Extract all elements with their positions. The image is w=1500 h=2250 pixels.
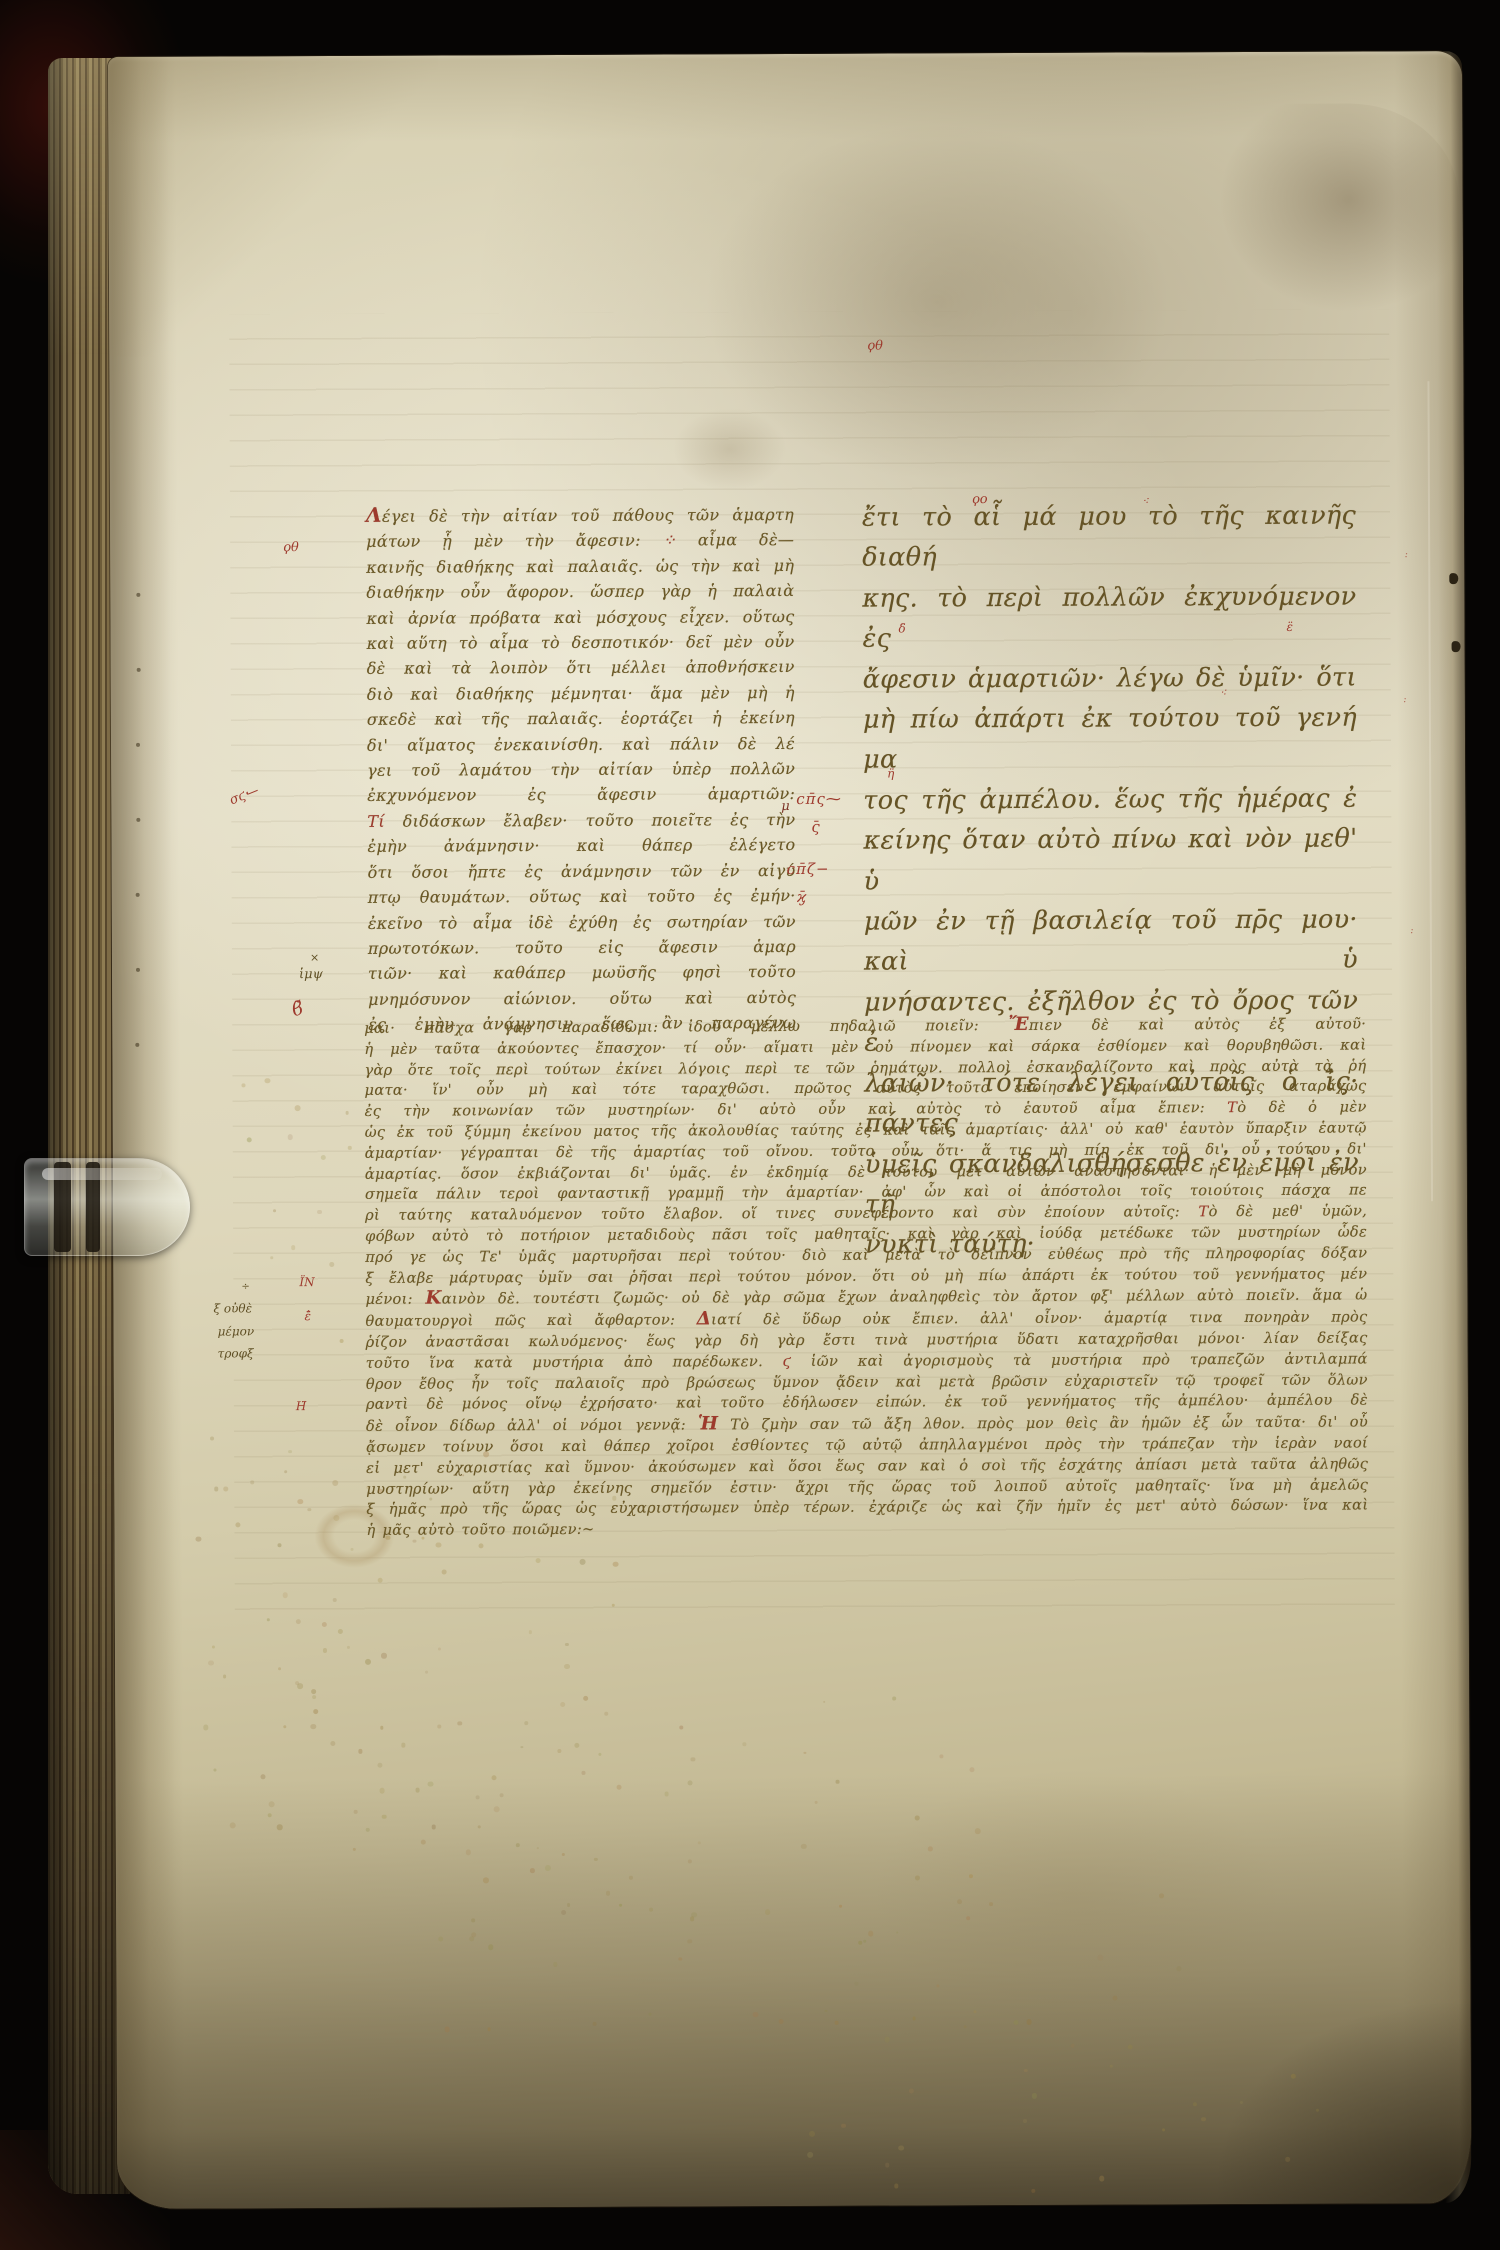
rubric-initial: Κ <box>425 1288 441 1309</box>
speckle-dot <box>909 2088 914 2093</box>
speckle-dot <box>296 1619 301 1624</box>
speckle-dot <box>964 2025 967 2028</box>
speckle-dot <box>1023 2119 1026 2122</box>
speckle-dot <box>444 2027 449 2032</box>
speckle-dot <box>283 1725 286 1728</box>
speckle-dot <box>330 1741 335 1746</box>
speckle-dot <box>358 1749 363 1754</box>
speckle-dot <box>613 1561 619 1567</box>
speckle-dot <box>1162 2129 1165 2132</box>
speckle-dot <box>338 1629 343 1634</box>
speckle-dot <box>801 1844 806 1849</box>
margin-note: × <box>310 952 319 963</box>
speckle-dot <box>619 1904 622 1907</box>
speckle-dot <box>698 1841 701 1844</box>
speckle-dot <box>268 1813 272 1817</box>
margin-note: ꞉ <box>1410 925 1414 936</box>
speckle-dot <box>214 1487 219 1492</box>
speckle-dot <box>765 1909 771 1915</box>
speckle-dot <box>208 1660 213 1665</box>
speckle-dot <box>957 1899 962 1904</box>
speckle-dot <box>1291 2074 1296 2079</box>
commentary-line: μνημόσυνον αἰώνιον. οὕτω καὶ αὐτὸς <box>368 985 796 1012</box>
speckle-dot <box>884 2037 890 2043</box>
speckle-dot <box>311 1689 316 1694</box>
speckle-dot <box>1177 1967 1181 1971</box>
speckle-dot <box>465 1849 471 1855</box>
margin-note: σϛ⹃ <box>228 784 260 807</box>
speckle-dot <box>332 1598 336 1602</box>
commentary-line: ἐκχυνόμενον ἐς ἄφεσιν ἁμαρτιῶν: <box>367 781 795 808</box>
speckle-dot <box>1026 2019 1032 2025</box>
speckle-dot <box>1113 1995 1118 2000</box>
speckle-dot <box>804 1751 807 1754</box>
commentary-line: Τί διδάσκων ἔλαβεν· τοῦτο ποιεῖτε ἐς τὴν <box>367 807 795 834</box>
speckle-dot <box>560 1702 565 1707</box>
speckle-dot <box>321 1155 326 1160</box>
speckle-dot <box>1070 2044 1074 2048</box>
commentary-line: ἐμὴν ἀνάμνησιν· καὶ θάπερ ἐλέγετο <box>367 832 795 859</box>
speckle-dot <box>214 1769 217 1772</box>
commentary-column: Λέγει δὲ τὴν αἰτίαν τοῦ πάθους τῶν ἁμαρτ… <box>366 501 796 1037</box>
speckle-dot <box>317 1210 322 1215</box>
speckle-dot <box>297 1683 303 1689</box>
speckle-dot <box>431 1825 435 1829</box>
speckle-dot <box>195 1536 201 1542</box>
speckle-dot <box>277 1543 281 1547</box>
margin-flourish: ϐ̃ <box>290 999 305 1020</box>
speckle-dot <box>688 1860 692 1864</box>
margin-note: ΪΝ <box>299 1276 314 1288</box>
speckle-dot <box>969 1874 973 1878</box>
speckle-dot <box>347 1646 350 1649</box>
speckle-dot <box>648 2012 652 2016</box>
margin-note: ϙθ <box>867 340 883 353</box>
speckle-dot <box>210 1436 214 1440</box>
speckle-dot <box>273 1209 276 1212</box>
speckle-dot <box>442 1570 447 1575</box>
speckle-dot <box>288 1450 292 1454</box>
speckle-dot <box>530 1868 534 1872</box>
speckle-dot <box>329 1262 334 1267</box>
speckle-dot <box>915 1816 920 1821</box>
speckle-dot <box>915 1876 920 1881</box>
speckle-dot <box>366 1486 369 1489</box>
lemma-line: κείνης ὅταν αὐτὸ πίνω καὶ νὸν μεθ' ὑ <box>863 819 1357 902</box>
speckle-dot <box>365 1658 371 1664</box>
speckle-dot <box>649 1907 653 1911</box>
margin-note: ꞉ <box>1403 694 1407 705</box>
speckle-dot <box>1286 2157 1290 2161</box>
speckle-dot <box>815 1801 819 1805</box>
commentary-line: πτῳ θαυμάτων. οὕτως καὶ τοῦτο ἐς ἐμήν· <box>368 883 796 910</box>
commentary-line: μάτων ᾗ μὲν τὴν ἄφεσιν: ⁘ αἷμα δὲ— <box>366 527 794 554</box>
speckle-dot <box>567 1903 571 1907</box>
speckle-dot <box>203 1725 209 1731</box>
speckle-dot <box>690 1917 694 1921</box>
speckle-dot <box>472 1932 477 1937</box>
rubric-initial: Λ <box>366 503 382 527</box>
speckle-dot <box>580 1559 586 1565</box>
speckle-dot <box>236 1523 241 1528</box>
speckle-dot <box>351 1548 354 1551</box>
speckle-dot <box>345 1111 348 1114</box>
speckle-dot <box>1316 2109 1319 2112</box>
rubric-initial: Ἡ <box>698 1413 718 1434</box>
margin-note: ÷ <box>241 1282 249 1292</box>
speckle-dot <box>545 1865 551 1871</box>
speckle-dot <box>885 2163 889 2167</box>
speckle-dot <box>1013 2020 1019 2026</box>
speckle-dot <box>223 1487 228 1492</box>
corner-stain <box>1183 103 1459 344</box>
speckle-dot <box>242 1084 246 1088</box>
speckle-dot <box>230 1823 236 1829</box>
speckle-dot <box>664 1792 668 1796</box>
speckle-dot <box>483 1878 488 1883</box>
speckle-dot <box>515 1843 519 1847</box>
parchment-stain <box>628 107 1190 539</box>
speckle-dot <box>582 1771 586 1775</box>
speckle-dot <box>298 1499 303 1504</box>
speckle-dot <box>753 2012 759 2018</box>
fore-edge-shading <box>1436 51 1471 2203</box>
commentary-line: δι' αἵματος ἐνεκαινίσθη. καὶ πάλιν δὲ λέ <box>367 731 795 758</box>
margin-note: ϙο <box>972 493 988 506</box>
speckle-dot <box>868 1931 873 1936</box>
speckle-dot <box>553 1962 558 1967</box>
commentary-line: γει τοῦ λαμάτου τὴν αἰτίαν ὑπὲρ πολλῶν <box>367 756 795 783</box>
margin-note: ϙθ <box>283 541 299 554</box>
commentary-line: ἐκεῖνο τὸ αἷμα ἰδὲ ἐχύθη ἐς σωτηρίαν τῶν <box>368 908 796 935</box>
speckle-dot <box>322 1622 327 1627</box>
speckle-dot <box>836 1780 840 1784</box>
speckle-dot <box>313 1709 318 1714</box>
speckle-dot <box>353 1848 356 1851</box>
speckle-dot <box>223 1675 226 1678</box>
commentary-line: ὅτι ὅσοι ἤπτε ἐς ἀνάμνησιν τῶν ἐν αἰγύ <box>368 858 796 885</box>
margin-note: η̈ <box>887 768 894 780</box>
speckle-dot <box>487 2028 490 2031</box>
speckle-dot <box>629 1876 633 1880</box>
lemma-line: ἔτι τὸ αἷ μά μου τὸ τῆς καινῆς διαθή <box>862 496 1356 579</box>
speckle-dot <box>437 1725 441 1729</box>
speckle-dot <box>807 2152 813 2158</box>
speckle-dot <box>912 2017 915 2020</box>
speckle-dot <box>561 1910 566 1915</box>
speckle-dot <box>270 1256 273 1259</box>
speckle-dot <box>583 1696 589 1702</box>
speckle-dot <box>1159 1894 1163 1898</box>
speckle-dot <box>212 1646 215 1649</box>
speckle-dot <box>261 1774 266 1779</box>
lemma-line: ἄφεσιν ἁμαρτιῶν· λέγω δὲ ὑμῖν· ὅτι <box>863 657 1357 700</box>
prick-mark <box>136 968 140 972</box>
speckle-dot <box>529 1630 532 1633</box>
speckle-dot <box>332 1480 338 1486</box>
speckle-dot <box>688 1781 693 1786</box>
speckle-dot <box>378 1489 382 1493</box>
speckle-dot <box>975 1829 981 1835</box>
speckle-dot <box>267 1619 270 1622</box>
block-line: ἡ μᾶς αὐτὸ τοῦτο ποιῶμεν:~ <box>366 1517 1368 1542</box>
margin-note: μέμον <box>218 1325 255 1337</box>
margin-note: μ <box>781 800 790 813</box>
speckle-dot <box>892 1696 896 1700</box>
speckle-dot <box>425 1671 428 1674</box>
kephalaion-number: ϗ̄ <box>797 890 807 905</box>
speckle-dot <box>458 1721 462 1725</box>
commentary-line: καὶ αὕτη τὸ αἷμα τὸ δεσποτικόν· δεῖ μὲν … <box>367 629 795 656</box>
speckle-dot <box>493 1806 499 1812</box>
speckle-dot <box>285 1471 288 1474</box>
speckle-dot <box>288 1134 294 1140</box>
speckle-dot <box>1024 2069 1028 2073</box>
lemma-line: μὴ πίω ἀπάρτι ἐκ τούτου τοῦ γενή μα <box>863 698 1357 781</box>
edge-nick <box>1449 573 1458 584</box>
speckle-dot <box>823 1701 826 1704</box>
speckle-dot <box>379 1788 384 1793</box>
speckle-dot <box>488 1944 494 1950</box>
speckle-dot <box>333 1515 339 1521</box>
speckle-dot <box>283 1592 288 1597</box>
speckle-dot <box>1031 2093 1037 2099</box>
rubric-initial: Τ <box>1227 1099 1237 1116</box>
speckle-dot <box>616 1785 621 1790</box>
speckle-dot <box>1201 2117 1205 2121</box>
speckle-dot <box>250 1481 254 1485</box>
speckle-dot <box>491 1775 497 1781</box>
margin-note: ἐ̈ <box>304 1310 311 1322</box>
commentary-line: καὶ ἀρνία πρόβατα καὶ μόσχους εἶχεν. οὕτ… <box>366 604 794 631</box>
speckle-dot <box>858 1941 862 1945</box>
speckle-dot <box>525 1722 529 1726</box>
speckle-dot <box>594 1857 598 1861</box>
speckle-dot <box>835 2021 839 2025</box>
speckle-dot <box>377 1577 383 1583</box>
parchment-speckles <box>108 51 1462 57</box>
speckle-dot <box>354 1810 357 1813</box>
clip-highlight <box>42 1168 162 1180</box>
kephalaion-number: cπ̄ς⁓ <box>796 792 842 807</box>
margin-note: ⁖ <box>1220 687 1227 698</box>
speckle-dot <box>479 1543 484 1548</box>
prick-mark <box>135 1043 139 1047</box>
lemma-line: τος τῆς ἀμπέλου. ἕως τῆς ἡμέρας ἐ <box>863 778 1357 821</box>
speckle-dot <box>691 1757 695 1761</box>
speckle-dot <box>377 1763 382 1768</box>
commentary-line: Λέγει δὲ τὴν αἰτίαν τοῦ πάθους τῶν ἁμαρτ… <box>366 501 794 529</box>
bottom-right-corner-shadow <box>1050 1873 1471 2205</box>
kephalaion-number: cπ̄ζ− <box>787 862 830 877</box>
speckle-dot <box>841 2124 846 2129</box>
speckle-dot <box>471 1919 475 1923</box>
parchment-page: Λέγει δὲ τὴν αἰτίαν τοῦ πάθους τῶν ἁμαρτ… <box>108 51 1471 2209</box>
speckle-dot <box>1240 2101 1243 2104</box>
speckle-dot <box>264 1078 270 1084</box>
speckle-dot <box>1193 2103 1197 2107</box>
prick-mark <box>136 818 140 822</box>
commentary-line: καινῆς διαθήκης καὶ παλαιᾶς. ὡς τὴν καὶ … <box>366 553 794 580</box>
prick-mark <box>136 743 140 747</box>
speckle-dot <box>989 1902 993 1906</box>
rubric-initial: Τί <box>367 812 385 831</box>
speckle-dot <box>742 1742 746 1746</box>
speckle-dot <box>369 1445 374 1450</box>
speckle-dot <box>278 1667 282 1671</box>
speckle-dot <box>277 1825 282 1830</box>
speckle-dot <box>520 1746 523 1749</box>
speckle-dot <box>308 1508 311 1511</box>
speckle-dot <box>291 1246 296 1251</box>
speckle-dot <box>778 2019 784 2025</box>
parchment-stain <box>815 1732 1336 2064</box>
margin-note: τροφξ <box>218 1347 254 1359</box>
speckle-dot <box>340 1339 344 1343</box>
commentary-line: δὲ καὶ τὰ λοιπὸν ὅτι μέλλει ἀποθνήσκειν <box>367 654 795 681</box>
speckle-dot <box>295 1106 301 1112</box>
speckle-dot <box>1127 2045 1132 2050</box>
margin-note: ξ οὐθὲ <box>213 1302 252 1314</box>
parchment-stain <box>654 394 804 505</box>
commentary-line: σκεδὲ καὶ τῆς παλαιᾶς. ἑορτάζει ἡ ἐκείνη <box>367 705 795 732</box>
speckle-dot <box>401 1743 406 1748</box>
speckle-dot <box>564 1664 570 1670</box>
lemma-line: κης. τὸ περὶ πολλῶν ἐκχυνόμενον ἐς <box>862 576 1356 659</box>
vertical-crease <box>1427 381 1433 1201</box>
prick-mark <box>136 593 140 597</box>
margin-note: ꞉ <box>1404 549 1408 560</box>
speckle-dot <box>599 1753 602 1756</box>
rubric-initial: ⁘ <box>662 531 676 550</box>
margin-note: ε̈ <box>1286 621 1293 633</box>
speckle-dot <box>323 1648 327 1652</box>
speckle-dot <box>380 1726 384 1730</box>
speckle-dot <box>612 1603 615 1606</box>
speckle-dot <box>462 1474 465 1477</box>
prick-mark <box>136 893 140 897</box>
commentary-line: διὸ καὶ διαθήκης μέμνηται· ἅμα μὲν μὴ ἡ <box>367 680 795 707</box>
speckle-dot <box>246 1137 251 1142</box>
speckle-dot <box>896 1931 899 1934</box>
speckle-dot <box>268 1801 274 1807</box>
speckle-dot <box>854 1982 858 1986</box>
speckle-dot <box>939 1754 943 1758</box>
rubric-initial: Δ <box>697 1308 712 1329</box>
speckle-dot <box>970 1767 975 1772</box>
speckle-dot <box>427 1781 433 1787</box>
commentary-line: τιῶν· καὶ καθάπερ μωϋσῆς φησὶ τοῦτο <box>368 959 796 986</box>
speckle-dot <box>562 1853 565 1856</box>
edge-nick <box>1452 641 1461 652</box>
kephalaion-number: ς̄ <box>811 820 820 835</box>
rubric-initial: Ἔ <box>1009 1014 1029 1035</box>
speckle-dot <box>863 1940 866 1943</box>
speckle-dot <box>928 1846 932 1850</box>
speckle-dot <box>1099 2176 1105 2182</box>
speckle-dot <box>1098 1955 1104 1961</box>
speckle-dot <box>899 2145 904 2150</box>
speckle-dot <box>565 1643 568 1646</box>
speckle-dot <box>688 1939 693 1944</box>
manuscript-photograph: Λέγει δὲ τὴν αἰτίαν τοῦ πάθους τῶν ἁμαρτ… <box>0 0 1500 2250</box>
gutter-shading <box>108 57 177 2209</box>
speckle-dot <box>574 1743 579 1748</box>
speckle-dot <box>966 1916 970 1920</box>
speckle-dot <box>416 1788 420 1792</box>
speckle-dot <box>679 1958 682 1961</box>
speckle-dot <box>1031 2188 1035 2192</box>
speckle-dot <box>312 1695 316 1699</box>
bottom-shadow <box>116 1773 1472 2209</box>
speckle-dot <box>311 1724 316 1729</box>
speckle-dot <box>592 2021 597 2026</box>
speckle-dot <box>974 2011 977 2014</box>
commentary-line: πρωτοτόκων. τοῦτο εἰς ἄφεσιν ἁμαρ <box>368 934 796 961</box>
speckle-dot <box>604 1712 608 1716</box>
speckle-dot <box>825 2010 828 2013</box>
speckle-dot <box>839 1905 842 1908</box>
speckle-dot <box>809 2131 815 2137</box>
speckle-dot <box>381 1653 386 1658</box>
speckle-dot <box>606 1891 611 1896</box>
speckle-dot <box>1110 2064 1113 2067</box>
speckle-dot <box>679 1725 683 1729</box>
margin-note: ἱμψ <box>299 968 323 981</box>
speckle-dot <box>382 1814 386 1818</box>
speckle-dot <box>438 1648 441 1651</box>
speckle-dot <box>412 1539 416 1543</box>
margin-note: δ̈ <box>898 622 905 634</box>
speckle-dot <box>421 1840 426 1845</box>
speckle-dot <box>936 1984 939 1987</box>
speckle-dot <box>535 1558 540 1563</box>
prick-mark <box>137 668 141 672</box>
lower-text-block: μαι· πάσχα γὰρ παραδίδωμι: ἰδοὺ μέλλω πη… <box>364 1013 1368 1541</box>
lemma-line: μῶν ἐν τῇ βασιλείᾳ τοῦ πρ̄ς μου· καὶ ὑ <box>864 900 1358 983</box>
speckle-dot <box>499 1793 503 1797</box>
speckle-dot <box>558 1749 562 1753</box>
speckle-dot <box>366 1828 370 1832</box>
margin-note: Η̈ <box>296 1400 307 1412</box>
speckle-dot <box>438 1936 443 1941</box>
speckle-dot <box>894 2184 898 2188</box>
speckle-dot <box>436 1542 442 1548</box>
speckle-dot <box>475 1795 480 1800</box>
top-left-corner-shading <box>108 56 439 357</box>
speckle-dot <box>484 1452 490 1458</box>
speckle-dot <box>348 1146 352 1150</box>
speckle-dot <box>536 1847 539 1850</box>
commentary-line: διαθήκην οὖν ἄφορον. ὥσπερ γὰρ ἡ παλαιὰ <box>366 578 794 605</box>
margin-note: ⁖ <box>1142 495 1149 506</box>
rubric-initial: Τ <box>1198 1203 1208 1220</box>
speckle-dot <box>478 1825 481 1828</box>
glass-page-clip <box>24 1158 190 1256</box>
